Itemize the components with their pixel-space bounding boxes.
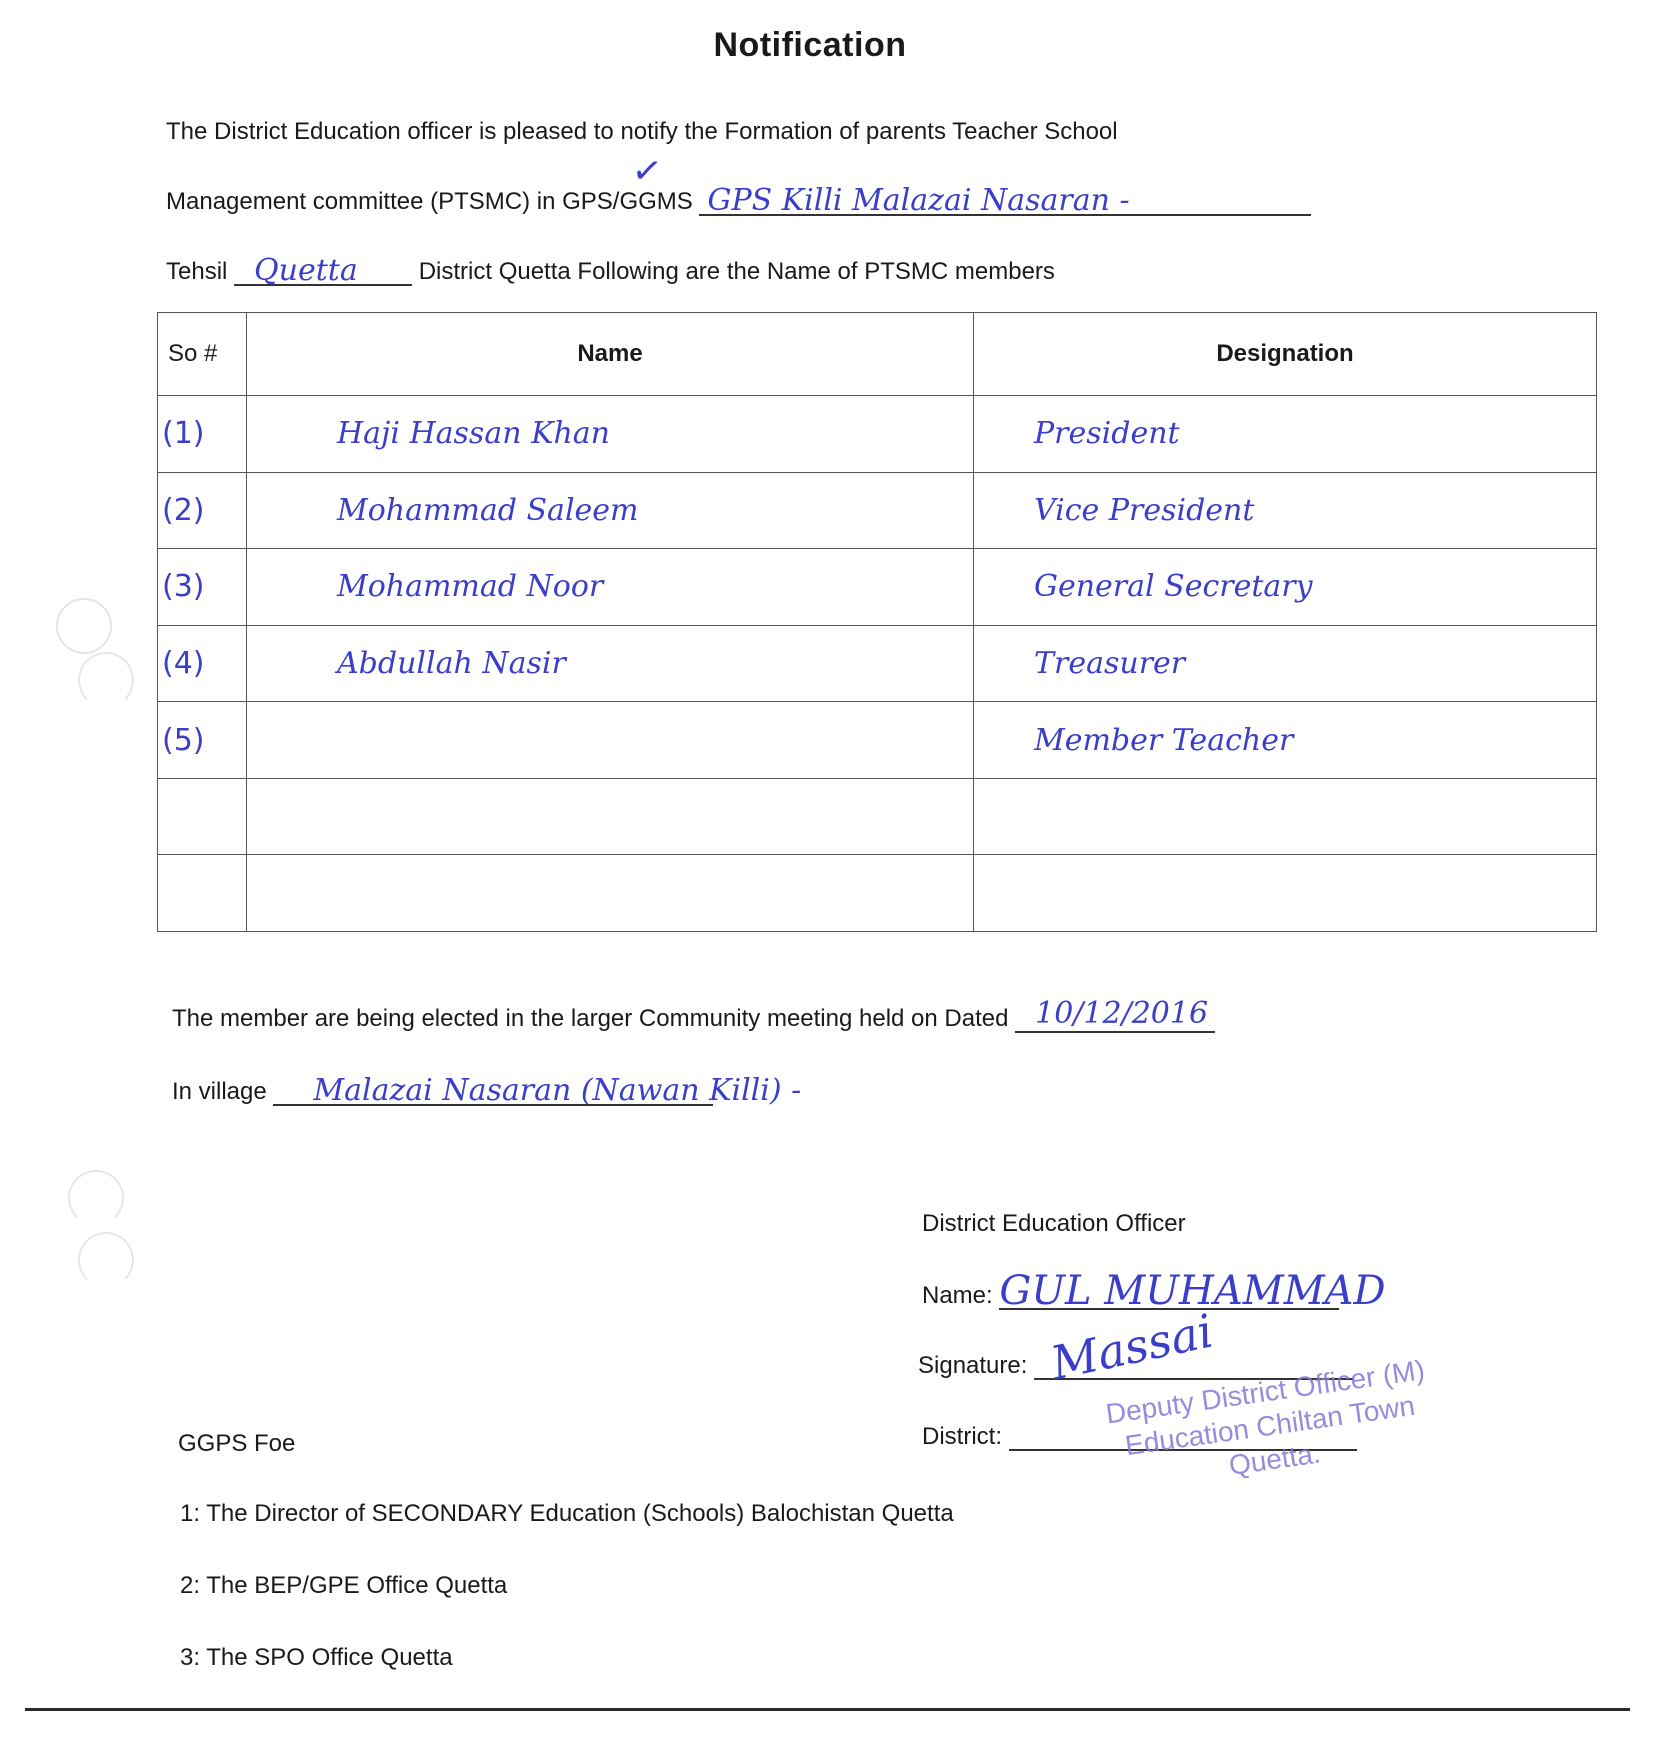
name-cell[interactable] — [247, 778, 974, 855]
name-cell-value — [247, 723, 337, 758]
punch-hole — [68, 1170, 124, 1226]
designation-cell[interactable]: Member Teacher — [974, 702, 1597, 779]
sno-cell[interactable]: (4) — [158, 625, 247, 702]
name-cell[interactable] — [247, 855, 974, 932]
officer-name-field[interactable]: GUL MUHAMMAD — [999, 1282, 1339, 1310]
copy-to-item: 2: The BEP/GPE Office Quetta — [180, 1572, 507, 1600]
district-label: District: — [922, 1423, 1002, 1450]
sno-cell-value — [158, 876, 162, 911]
election-line: The member are being elected in the larg… — [172, 1005, 1215, 1033]
table-row: (1)Haji Hassan KhanPresident — [158, 396, 1597, 473]
sno-cell-value: (1) — [158, 416, 205, 451]
intro-line-1: The District Education officer is please… — [166, 118, 1118, 146]
sno-cell[interactable] — [158, 855, 247, 932]
sno-cell-value: (5) — [158, 723, 205, 758]
name-cell[interactable]: Abdullah Nasir — [247, 625, 974, 702]
name-cell-value: Mohammad Noor — [247, 569, 603, 604]
designation-cell[interactable]: General Secretary — [974, 549, 1597, 626]
designation-cell[interactable] — [974, 778, 1597, 855]
intro-line-2: Management committee (PTSMC) in GPS/GGMS… — [166, 188, 1311, 216]
intro-line-3: Tehsil Quetta District Quetta Following … — [166, 258, 1055, 286]
sno-cell-value — [158, 799, 162, 834]
designation-cell-value — [974, 876, 1034, 911]
copy-to-item: 3: The SPO Office Quetta — [180, 1644, 453, 1672]
name-cell-value: Mohammad Saleem — [247, 493, 639, 528]
election-date-field[interactable]: 10/12/2016 — [1015, 1005, 1215, 1033]
sno-cell[interactable] — [158, 778, 247, 855]
designation-cell-value: Vice President — [974, 493, 1254, 528]
designation-cell-value — [974, 799, 1034, 834]
page-title: Notification — [0, 26, 1620, 65]
signature-label: Signature: — [918, 1352, 1027, 1379]
designation-cell-value: General Secretary — [974, 569, 1313, 604]
table-header-row: So # Name Designation — [158, 313, 1597, 396]
sno-cell-value: (4) — [158, 646, 205, 681]
officer-heading: District Education Officer — [922, 1210, 1186, 1238]
name-cell[interactable]: Haji Hassan Khan — [247, 396, 974, 473]
designation-cell[interactable]: Vice President — [974, 472, 1597, 549]
name-cell-value: Haji Hassan Khan — [247, 416, 610, 451]
village-line: In village Malazai Nasaran (Nawan Killi)… — [172, 1078, 713, 1106]
officer-name-label: Name: — [922, 1282, 993, 1309]
table-row: (2)Mohammad SaleemVice President — [158, 472, 1597, 549]
sno-cell[interactable]: (5) — [158, 702, 247, 779]
name-cell-value — [247, 799, 337, 834]
designation-cell[interactable]: Treasurer — [974, 625, 1597, 702]
designation-cell-value: Treasurer — [974, 646, 1185, 681]
name-cell-value — [247, 876, 337, 911]
name-cell[interactable]: Mohammad Saleem — [247, 472, 974, 549]
table-row — [158, 778, 1597, 855]
village-field[interactable]: Malazai Nasaran (Nawan Killi) - — [273, 1078, 713, 1106]
name-cell[interactable] — [247, 702, 974, 779]
tehsil-label: Tehsil — [166, 258, 227, 285]
punch-hole — [56, 598, 112, 654]
column-header-sno: So # — [158, 313, 247, 396]
sno-cell[interactable]: (3) — [158, 549, 247, 626]
election-label: The member are being elected in the larg… — [172, 1005, 1008, 1032]
name-cell-value: Abdullah Nasir — [247, 646, 566, 681]
column-header-designation: Designation — [974, 313, 1597, 396]
column-header-name: Name — [247, 313, 974, 396]
village-value: Malazai Nasaran (Nawan Killi) - — [313, 1073, 801, 1108]
name-cell[interactable]: Mohammad Noor — [247, 549, 974, 626]
school-name-value: GPS Killi Malazai Nasaran - — [707, 183, 1129, 218]
designation-cell[interactable] — [974, 855, 1597, 932]
committee-label: Management committee (PTSMC) in GPS/GGMS — [166, 188, 693, 215]
designation-cell-value: President — [974, 416, 1180, 451]
tehsil-value: Quetta — [254, 253, 358, 288]
table-row — [158, 855, 1597, 932]
table-row: (3)Mohammad NoorGeneral Secretary — [158, 549, 1597, 626]
tehsil-field[interactable]: Quetta — [234, 258, 412, 286]
designation-cell[interactable]: President — [974, 396, 1597, 473]
sno-cell[interactable]: (1) — [158, 396, 247, 473]
table-row: (5)Member Teacher — [158, 702, 1597, 779]
copy-to-heading: GGPS Foe — [178, 1430, 295, 1458]
punch-hole — [78, 652, 134, 708]
members-table: So # Name Designation (1)Haji Hassan Kha… — [157, 312, 1597, 932]
copy-to-item: 1: The Director of SECONDARY Education (… — [180, 1500, 954, 1528]
sno-cell[interactable]: (2) — [158, 472, 247, 549]
election-date-value: 10/12/2016 — [1035, 996, 1208, 1031]
bottom-divider — [25, 1708, 1630, 1711]
sno-cell-value: (2) — [158, 493, 205, 528]
punch-hole — [78, 1232, 134, 1288]
village-label: In village — [172, 1078, 267, 1105]
school-name-field[interactable]: GPS Killi Malazai Nasaran - — [699, 188, 1311, 216]
designation-cell-value: Member Teacher — [974, 723, 1293, 758]
table-row: (4)Abdullah NasirTreasurer — [158, 625, 1597, 702]
sno-cell-value: (3) — [158, 569, 205, 604]
intro-line-3-rest: District Quetta Following are the Name o… — [419, 258, 1055, 285]
officer-name-line: Name: GUL MUHAMMAD — [922, 1282, 1339, 1310]
